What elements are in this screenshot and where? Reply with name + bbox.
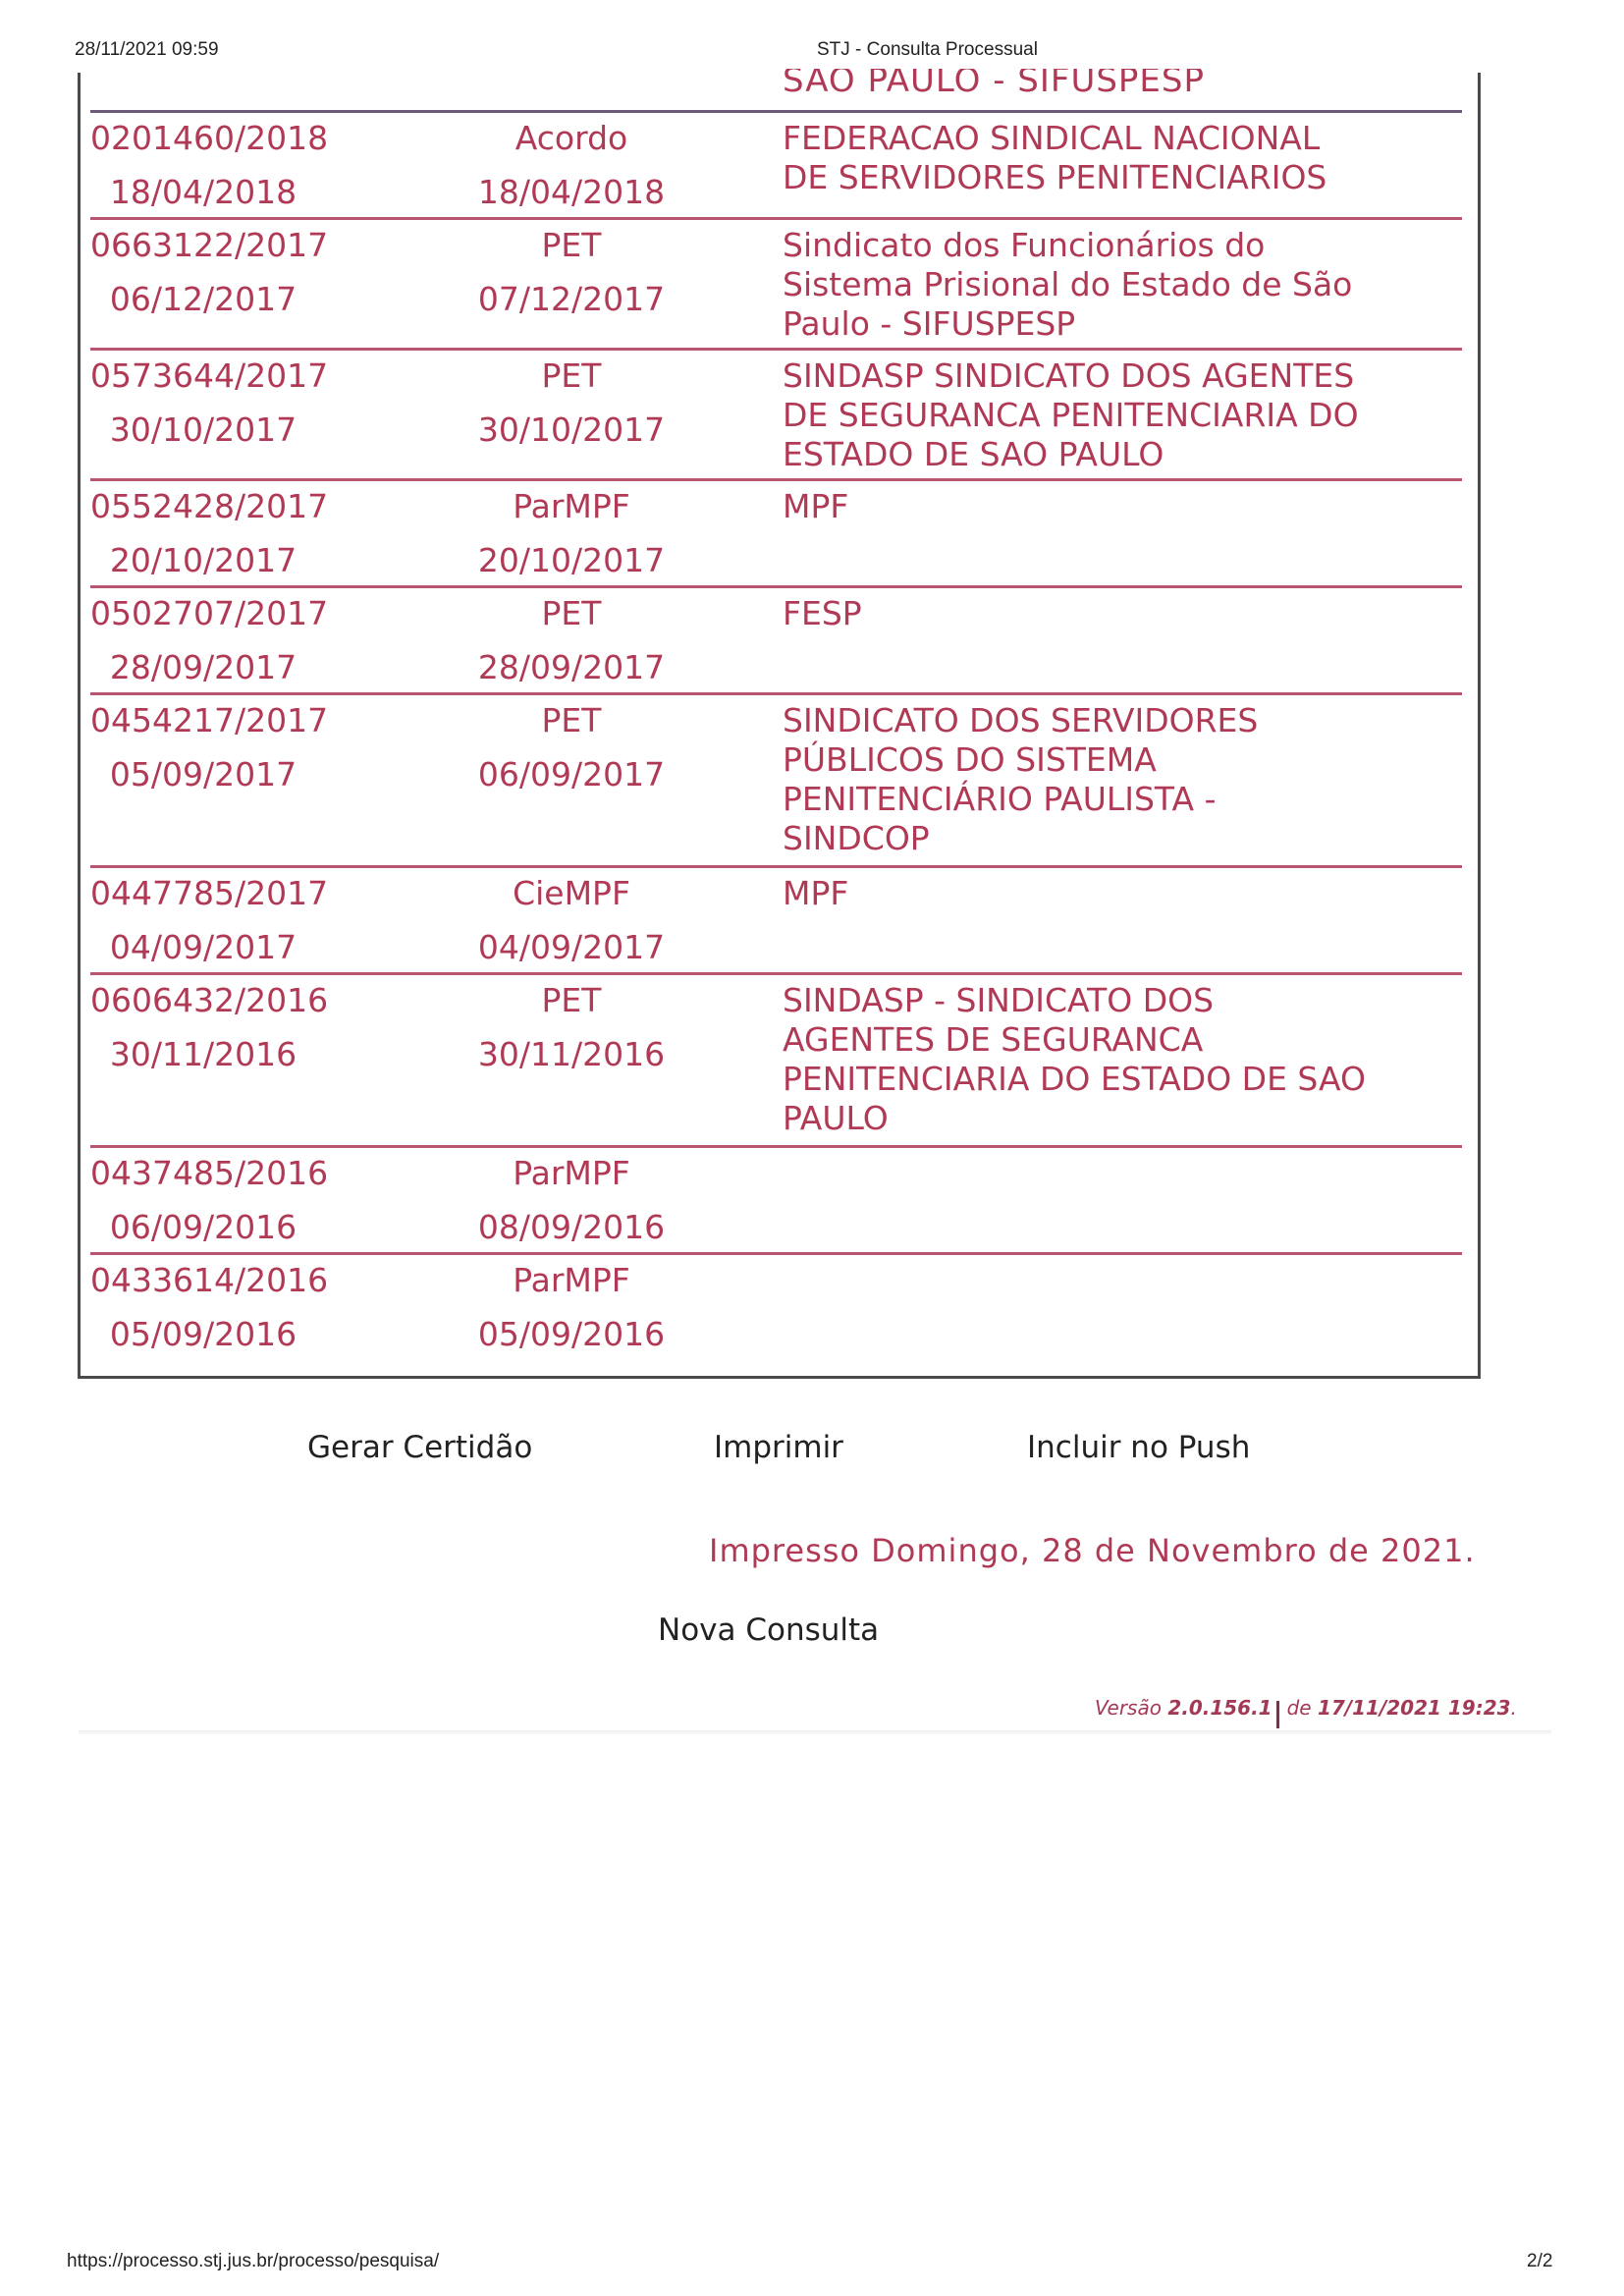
protocol-number[interactable]: 0663122/2017 (90, 226, 316, 264)
interested-party-line: PENITENCIÁRIO PAULISTA - (783, 780, 1450, 819)
interested-party-line: SINDASP - SINDICATO DOS (783, 981, 1450, 1020)
petition-date: 07/12/2017 (473, 280, 670, 318)
petition-type: Acordo (473, 119, 670, 157)
interested-party: SINDICATO DOS SERVIDORESPÚBLICOS DO SIST… (783, 701, 1450, 858)
protocol-number[interactable]: 0433614/2016 (90, 1261, 316, 1299)
interested-party: SINDASP - SINDICATO DOSAGENTES DE SEGURA… (783, 981, 1450, 1138)
petition-type: PET (473, 356, 670, 395)
protocol-date: 05/09/2017 (90, 755, 316, 793)
petitions-table-rows: 0201460/201818/04/2018Acordo18/04/2018FE… (90, 113, 1462, 1362)
table-row: 0502707/201728/09/2017PET28/09/2017FESP (90, 588, 1462, 695)
interested-party-line: MPF (783, 487, 1450, 526)
interested-party-line: Sistema Prisional do Estado de São (783, 265, 1450, 304)
protocol-date: 18/04/2018 (90, 173, 316, 211)
interested-party-line: SINDCOP (783, 819, 1450, 858)
protocol-date: 30/10/2017 (90, 410, 316, 449)
version-number: 2.0.156.1 (1167, 1696, 1272, 1720)
interested-party-line: SINDICATO DOS SERVIDORES (783, 701, 1450, 740)
interested-party: FESP (783, 594, 1450, 633)
interested-party-line: FEDERACAO SINDICAL NACIONAL (783, 119, 1450, 158)
petition-date: 30/10/2017 (473, 410, 670, 449)
print-header-datetime: 28/11/2021 09:59 (75, 39, 219, 61)
version-info: Versão 2.0.156.1de 17/11/2021 19:23. (1095, 1696, 1517, 1728)
interested-party: FEDERACAO SINDICAL NACIONALDE SERVIDORES… (783, 119, 1450, 197)
table-row: 0454217/201705/09/2017PET06/09/2017SINDI… (90, 695, 1462, 868)
version-de: de (1287, 1696, 1312, 1720)
petition-date: 28/09/2017 (473, 648, 670, 686)
protocol-date: 05/09/2016 (90, 1315, 316, 1353)
petition-type: PET (473, 226, 670, 264)
petition-type: ParMPF (473, 487, 670, 525)
table-row: 0201460/201818/04/2018Acordo18/04/2018FE… (90, 113, 1462, 220)
table-row: 0447785/201704/09/2017CieMPF04/09/2017MP… (90, 868, 1462, 975)
gerar-certidao-link[interactable]: Gerar Certidão (307, 1430, 532, 1465)
protocol-date: 06/12/2017 (90, 280, 316, 318)
printed-notice: Impresso Domingo, 28 de Novembro de 2021… (709, 1532, 1476, 1569)
protocol-number[interactable]: 0437485/2016 (90, 1154, 316, 1192)
interested-party-line: SINDASP SINDICATO DOS AGENTES (783, 356, 1450, 396)
interested-party: SINDASP SINDICATO DOS AGENTESDE SEGURANC… (783, 356, 1450, 474)
table-row: 0606432/201630/11/2016PET30/11/2016SINDA… (90, 975, 1462, 1148)
protocol-date: 06/09/2016 (90, 1208, 316, 1246)
imprimir-link[interactable]: Imprimir (714, 1430, 843, 1465)
table-row: 0437485/201606/09/2016ParMPF08/09/2016 (90, 1148, 1462, 1255)
protocol-number[interactable]: 0606432/2016 (90, 981, 316, 1019)
text-cursor (1276, 1701, 1279, 1728)
protocol-number[interactable]: 0502707/2017 (90, 594, 316, 632)
interested-party-line: Paulo - SIFUSPESP (783, 304, 1450, 344)
version-label: Versão (1095, 1696, 1162, 1720)
interested-party-line: DE SERVIDORES PENITENCIARIOS (783, 158, 1450, 197)
table-row: 0573644/201730/10/2017PET30/10/2017SINDA… (90, 351, 1462, 481)
protocol-number[interactable]: 0454217/2017 (90, 701, 316, 739)
interested-party-line: Sindicato dos Funcionários do (783, 226, 1450, 265)
petition-type: CieMPF (473, 874, 670, 912)
interested-party-line: AGENTES DE SEGURANCA (783, 1020, 1450, 1060)
partial-row-text: SAO PAULO - SIFUSPESP (783, 69, 1205, 98)
petition-type: ParMPF (473, 1261, 670, 1299)
interested-party-line: DE SEGURANCA PENITENCIARIA DO (783, 396, 1450, 435)
divider (79, 1730, 1551, 1734)
interested-party-line: PENITENCIARIA DO ESTADO DE SAO (783, 1060, 1450, 1099)
petition-date: 05/09/2016 (473, 1315, 670, 1353)
protocol-number[interactable]: 0201460/2018 (90, 119, 316, 157)
petition-type: PET (473, 594, 670, 632)
print-header-title: STJ - Consulta Processual (817, 39, 1038, 61)
protocol-number[interactable]: 0552428/2017 (90, 487, 316, 525)
protocol-date: 04/09/2017 (90, 928, 316, 966)
interested-party-line: ESTADO DE SAO PAULO (783, 435, 1450, 474)
interested-party-line: MPF (783, 874, 1450, 913)
interested-party: MPF (783, 487, 1450, 526)
petition-type: PET (473, 981, 670, 1019)
version-period: . (1511, 1696, 1517, 1720)
protocol-number[interactable]: 0573644/2017 (90, 356, 316, 395)
petition-type: ParMPF (473, 1154, 670, 1192)
protocol-date: 28/09/2017 (90, 648, 316, 686)
petition-date: 08/09/2016 (473, 1208, 670, 1246)
petition-type: PET (473, 701, 670, 739)
petition-date: 06/09/2017 (473, 755, 670, 793)
protocol-date: 20/10/2017 (90, 541, 316, 579)
petition-date: 18/04/2018 (473, 173, 670, 211)
version-datetime: 17/11/2021 19:23 (1318, 1696, 1511, 1720)
protocol-number[interactable]: 0447785/2017 (90, 874, 316, 912)
interested-party-line: PÚBLICOS DO SISTEMA (783, 740, 1450, 780)
petition-date: 04/09/2017 (473, 928, 670, 966)
incluir-push-link[interactable]: Incluir no Push (1027, 1430, 1250, 1465)
table-row: 0663122/201706/12/2017PET07/12/2017Sindi… (90, 220, 1462, 351)
petition-date: 20/10/2017 (473, 541, 670, 579)
protocol-date: 30/11/2016 (90, 1035, 316, 1073)
print-footer-url: https://processo.stj.jus.br/processo/pes… (67, 2251, 439, 2272)
table-row: 0552428/201720/10/2017ParMPF20/10/2017MP… (90, 481, 1462, 588)
interested-party: Sindicato dos Funcionários doSistema Pri… (783, 226, 1450, 344)
interested-party-line: FESP (783, 594, 1450, 633)
interested-party-line: PAULO (783, 1099, 1450, 1138)
nova-consulta-link[interactable]: Nova Consulta (658, 1613, 879, 1648)
table-row: 0433614/201605/09/2016ParMPF05/09/2016 (90, 1255, 1462, 1362)
interested-party: MPF (783, 874, 1450, 913)
petition-date: 30/11/2016 (473, 1035, 670, 1073)
print-footer-page: 2/2 (1527, 2251, 1552, 2272)
